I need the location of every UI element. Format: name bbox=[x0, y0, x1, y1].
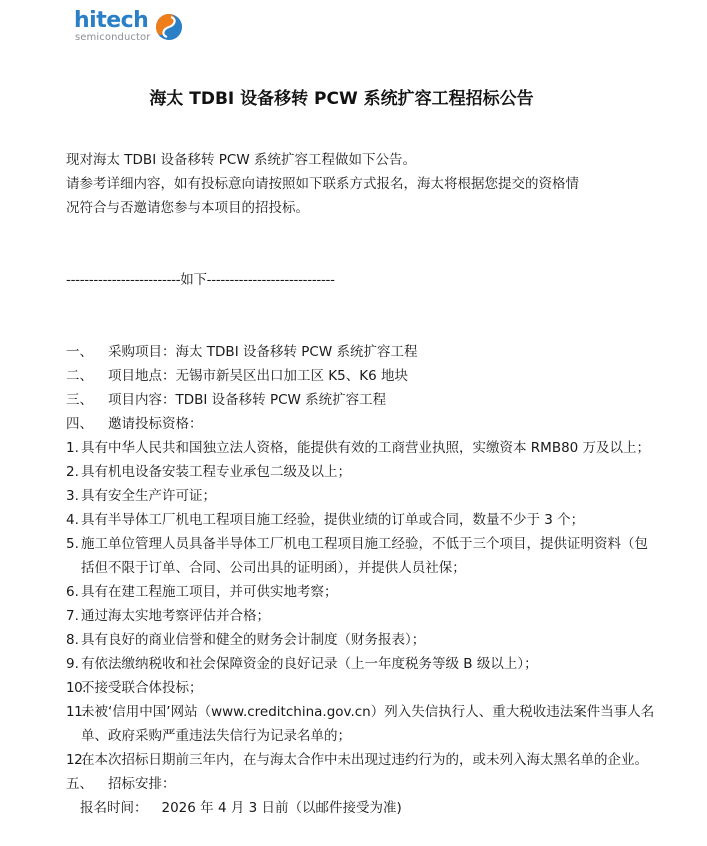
page-title: 海太 TDBI 设备移转 PCW 系统扩容工程招标公告 bbox=[0, 86, 707, 112]
qualification-item: 3. 具有安全生产许可证； bbox=[66, 484, 656, 508]
section-project-content: 三、 项目内容：TDBI 设备移转 PCW 系统扩容工程 bbox=[66, 388, 656, 412]
qualification-item: 8. 具有良好的商业信誉和健全的财务会计制度（财务报表）； bbox=[66, 628, 656, 652]
item-text: 在本次招标日期前三年内，在与海太合作中未出现过违约行为的，或未列入海太黑名单的企… bbox=[81, 748, 656, 772]
item-text: 具有机电设备安装工程专业承包二级及以上； bbox=[81, 460, 656, 484]
document-body: 现对海太 TDBI 设备移转 PCW 系统扩容工程做如下公告。 请参考详细内容，… bbox=[66, 148, 656, 820]
item-text: 未被‘信用中国’网站（www.creditchina.gov.cn）列入失信执行… bbox=[81, 700, 656, 748]
item-text: 具有安全生产许可证； bbox=[81, 484, 656, 508]
item-text: 施工单位管理人员具备半导体工厂机电工程项目施工经验，不低于三个项目，提供证明资料… bbox=[81, 532, 656, 580]
qualification-item: 6. 具有在建工程施工项目，并可供实地考察； bbox=[66, 580, 656, 604]
logo-tagline: semiconductor bbox=[75, 32, 150, 44]
section-text: 采购项目：海太 TDBI 设备移转 PCW 系统扩容工程 bbox=[108, 340, 417, 364]
item-number: 1. bbox=[66, 436, 81, 460]
company-logo: hitech semiconductor bbox=[72, 11, 192, 47]
item-number: 12. bbox=[66, 748, 81, 772]
section-number: 一、 bbox=[66, 340, 108, 364]
logo-wordmark: hitech bbox=[74, 8, 148, 34]
qualification-item: 1. 具有中华人民共和国独立法人资格，能提供有效的工商营业执照，实缴资本 RMB… bbox=[66, 436, 656, 460]
item-number: 3. bbox=[66, 484, 81, 508]
qualification-item: 4. 具有半导体工厂机电工程项目施工经验，提供业绩的订单或合同，数量不少于 3 … bbox=[66, 508, 656, 532]
item-number: 8. bbox=[66, 628, 81, 652]
registration-deadline: 报名时间：2026 年 4 月 3 日前（以邮件接受为准) bbox=[66, 796, 656, 820]
qualification-list: 1. 具有中华人民共和国独立法人资格，能提供有效的工商营业执照，实缴资本 RMB… bbox=[66, 436, 656, 772]
section-divider: -------------------------如下-------------… bbox=[66, 268, 656, 292]
section-text: 邀请投标资格： bbox=[108, 412, 203, 436]
item-text: 不接受联合体投标； bbox=[81, 676, 656, 700]
item-text: 通过海太实地考察评估并合格； bbox=[81, 604, 656, 628]
qualification-item: 12. 在本次招标日期前三年内，在与海太合作中未出现过违约行为的，或未列入海太黑… bbox=[66, 748, 656, 772]
section-text: 项目地点：无锡市新吴区出口加工区 K5、K6 地块 bbox=[108, 364, 408, 388]
section-number: 四、 bbox=[66, 412, 108, 436]
qualification-item: 11. 未被‘信用中国’网站（www.creditchina.gov.cn）列入… bbox=[66, 700, 656, 748]
item-number: 9. bbox=[66, 652, 81, 676]
section-text: 项目内容：TDBI 设备移转 PCW 系统扩容工程 bbox=[108, 388, 386, 412]
section-text: 招标安排： bbox=[108, 772, 176, 796]
item-number: 10. bbox=[66, 676, 81, 700]
item-text: 有依法缴纳税收和社会保障资金的良好记录（上一年度税务等级 B 级以上）； bbox=[81, 652, 656, 676]
item-number: 5. bbox=[66, 532, 81, 580]
section-project-location: 二、 项目地点：无锡市新吴区出口加工区 K5、K6 地块 bbox=[66, 364, 656, 388]
item-text: 具有良好的商业信誉和健全的财务会计制度（财务报表）； bbox=[81, 628, 656, 652]
section-number: 二、 bbox=[66, 364, 108, 388]
item-number: 6. bbox=[66, 580, 81, 604]
section-number: 五、 bbox=[66, 772, 108, 796]
registration-label: 报名时间： bbox=[80, 800, 148, 816]
item-text: 具有中华人民共和国独立法人资格，能提供有效的工商营业执照，实缴资本 RMB80 … bbox=[81, 436, 656, 460]
qualification-item: 7. 通过海太实地考察评估并合格； bbox=[66, 604, 656, 628]
qualification-item: 9. 有依法缴纳税收和社会保障资金的良好记录（上一年度税务等级 B 级以上）； bbox=[66, 652, 656, 676]
item-number: 11. bbox=[66, 700, 81, 748]
section-procurement-item: 一、 采购项目：海太 TDBI 设备移转 PCW 系统扩容工程 bbox=[66, 340, 656, 364]
item-text: 具有半导体工厂机电工程项目施工经验，提供业绩的订单或合同，数量不少于 3 个； bbox=[81, 508, 656, 532]
qualification-item: 5. 施工单位管理人员具备半导体工厂机电工程项目施工经验，不低于三个项目，提供证… bbox=[66, 532, 656, 580]
item-number: 2. bbox=[66, 460, 81, 484]
intro-line-1: 现对海太 TDBI 设备移转 PCW 系统扩容工程做如下公告。 bbox=[66, 148, 656, 172]
item-number: 4. bbox=[66, 508, 81, 532]
section-bidding-schedule: 五、 招标安排： bbox=[66, 772, 656, 796]
registration-value: 2026 年 4 月 3 日前（以邮件接受为准) bbox=[162, 800, 402, 816]
item-number: 7. bbox=[66, 604, 81, 628]
intro-line-3: 况符合与否邀请您参与本项目的招投标。 bbox=[66, 196, 656, 220]
item-text: 具有在建工程施工项目，并可供实地考察； bbox=[81, 580, 656, 604]
intro-line-2: 请参考详细内容，如有投标意向请按照如下联系方式报名，海太将根据您提交的资格情 bbox=[66, 172, 656, 196]
qualification-item: 2. 具有机电设备安装工程专业承包二级及以上； bbox=[66, 460, 656, 484]
section-number: 三、 bbox=[66, 388, 108, 412]
yin-yang-logo-icon bbox=[155, 13, 183, 41]
qualification-item: 10. 不接受联合体投标； bbox=[66, 676, 656, 700]
section-qualifications: 四、 邀请投标资格： bbox=[66, 412, 656, 436]
